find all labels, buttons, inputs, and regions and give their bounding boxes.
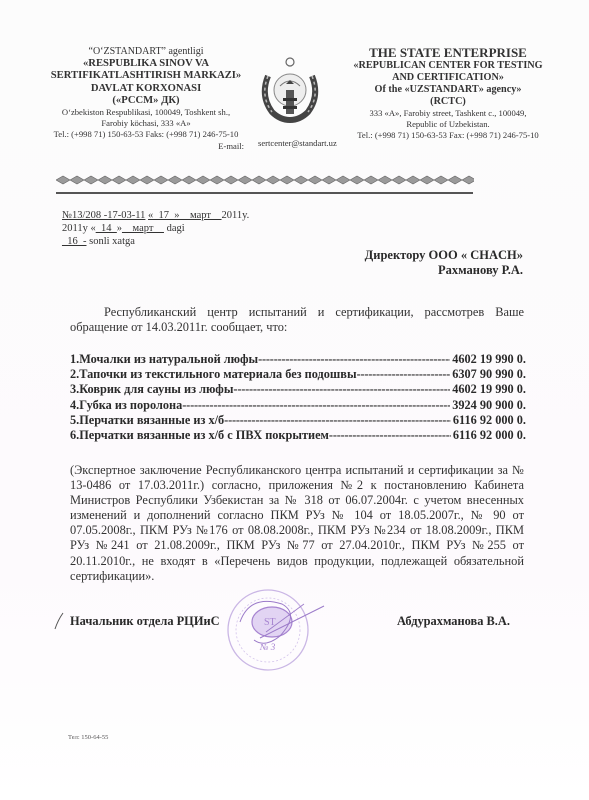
signatory-name: Абдурахманова В.А.: [397, 614, 510, 629]
product-list-item: 2.Тапочки из текстильного материала без …: [70, 367, 526, 382]
product-list: 1.Мочалки из натуральной люфы ----------…: [70, 352, 526, 443]
letterhead-english: THE STATE ENTERPRISE «REPUBLICAN CENTER …: [350, 46, 546, 141]
footer-phone: Тел: 150-64-55: [68, 734, 108, 741]
product-name: 1.Мочалки из натуральной люфы: [70, 352, 258, 367]
phones: Tel.: (+998 71) 150-63-53 Fax: (+998 71)…: [350, 130, 546, 141]
signature-mark-icon: [52, 612, 66, 630]
product-name: 4.Губка из поролона: [70, 398, 182, 413]
product-name: 6.Перчатки вязанные из х/б с ПВХ покрыти…: [70, 428, 329, 443]
phones: Tel.: (+998 71) 150-63-53 Faks: (+998 71…: [48, 129, 244, 140]
ref-date: «_17_»__март__: [148, 210, 221, 221]
product-list-item: 6.Перчатки вязанные из х/б с ПВХ покрыти…: [70, 428, 526, 443]
hs-code: 3924 90 900 0.: [450, 398, 526, 413]
org-name-line3: DAVLAT KORXONASI: [48, 83, 244, 95]
org-abbr: («РССМ» ДК): [48, 95, 244, 107]
letter-page: “O‘ZSTANDART” agentligi «RESPUBLIKA SINO…: [0, 0, 589, 800]
hs-code: 4602 19 990 0.: [450, 352, 526, 367]
incoming-letter-no: _16_-: [62, 236, 87, 247]
product-name: 5.Перчатки вязанные из х/б: [70, 413, 224, 428]
ref-number: №13/208 -17-03-11: [62, 210, 145, 221]
letter-number: _16_- sonli xatga: [62, 235, 249, 248]
letterhead-uzbek: “O‘ZSTANDART” agentligi «RESPUBLIKA SINO…: [48, 46, 244, 152]
product-name: 2.Тапочки из текстильного материала без …: [70, 367, 357, 382]
address-line1: O‘zbekiston Respublikasi, 100049, Toshke…: [48, 107, 244, 118]
state-emblem-icon: [258, 54, 322, 124]
outgoing-ref: №13/208 -17-03-11 «_17_»__март__2011y.: [62, 209, 249, 222]
address-line1: 333 «A», Farobiy street, Tashkent c., 10…: [350, 108, 546, 119]
official-stamp-icon: ST № 3: [220, 584, 330, 676]
leader-dashes: ----------------------------------------…: [258, 352, 450, 367]
email-label: E-mail:: [48, 140, 244, 152]
leader-dashes: ----------------------------------------…: [329, 428, 451, 443]
product-list-item: 5.Перчатки вязанные из х/б -------------…: [70, 413, 526, 428]
hs-code: 6307 90 990 0.: [450, 367, 526, 382]
addressee-line1: Директору ООО « CHACH»: [365, 248, 523, 263]
reply-day: _14_: [96, 223, 117, 234]
org-name-line2: AND CERTIFICATION»: [350, 72, 546, 84]
product-list-item: 3.Коврик для сауны из люфы -------------…: [70, 382, 526, 397]
leader-dashes: ----------------------------------------…: [233, 382, 450, 397]
reply-ref: 2011y «_14_»__март__ dagi: [62, 222, 249, 235]
org-name-line1: «RESPUBLIKA SINOV VA: [48, 58, 244, 70]
agency-name: “O‘ZSTANDART” agentligi: [48, 46, 244, 58]
hs-code: 6116 92 000 0.: [451, 428, 526, 443]
org-abbr: (RCTC): [350, 96, 546, 108]
expert-note-paragraph: (Экспертное заключение Республиканского …: [70, 463, 524, 584]
diamond-border-ornament: [56, 175, 474, 185]
ref-year: 2011y.: [221, 210, 249, 221]
leader-dashes: ----------------------------------------…: [182, 398, 450, 413]
intro-paragraph: Республиканский центр испытаний и сертиф…: [70, 305, 524, 335]
leader-dashes: ----------------------------------------…: [224, 413, 451, 428]
addressee: Директору ООО « CHACH» Рахманову Р.А.: [365, 248, 523, 278]
address-line2: Farobiy köchasi, 333 «A»: [48, 118, 244, 129]
org-name-line3: Of the «UZSTANDART» agency»: [350, 84, 546, 96]
leader-dashes: ----------------------------------------…: [357, 367, 451, 382]
reference-block: №13/208 -17-03-11 «_17_»__март__2011y. 2…: [62, 209, 249, 248]
hs-code: 4602 19 990 0.: [450, 382, 526, 397]
product-name: 3.Коврик для сауны из люфы: [70, 382, 233, 397]
addressee-line2: Рахманову Р.А.: [365, 263, 523, 278]
header-rule: [56, 192, 473, 194]
org-name-line2: SERTIFIKATLASHTIRISH MARKAZI»: [48, 70, 244, 82]
reply-month: __март__: [122, 223, 164, 234]
product-list-item: 4.Губка из поролона --------------------…: [70, 398, 526, 413]
product-list-item: 1.Мочалки из натуральной люфы ----------…: [70, 352, 526, 367]
org-name-line1: «REPUBLICAN CENTER FOR TESTING: [350, 60, 546, 72]
signatory-position: Начальник отдела РЦИиС: [70, 614, 220, 629]
enterprise-title: THE STATE ENTERPRISE: [350, 46, 546, 60]
hs-code: 6116 92 000 0.: [451, 413, 526, 428]
address-line2: Republic of Uzbekistan.: [350, 119, 546, 130]
email-address: sertcenter@standart.uz: [258, 138, 337, 148]
